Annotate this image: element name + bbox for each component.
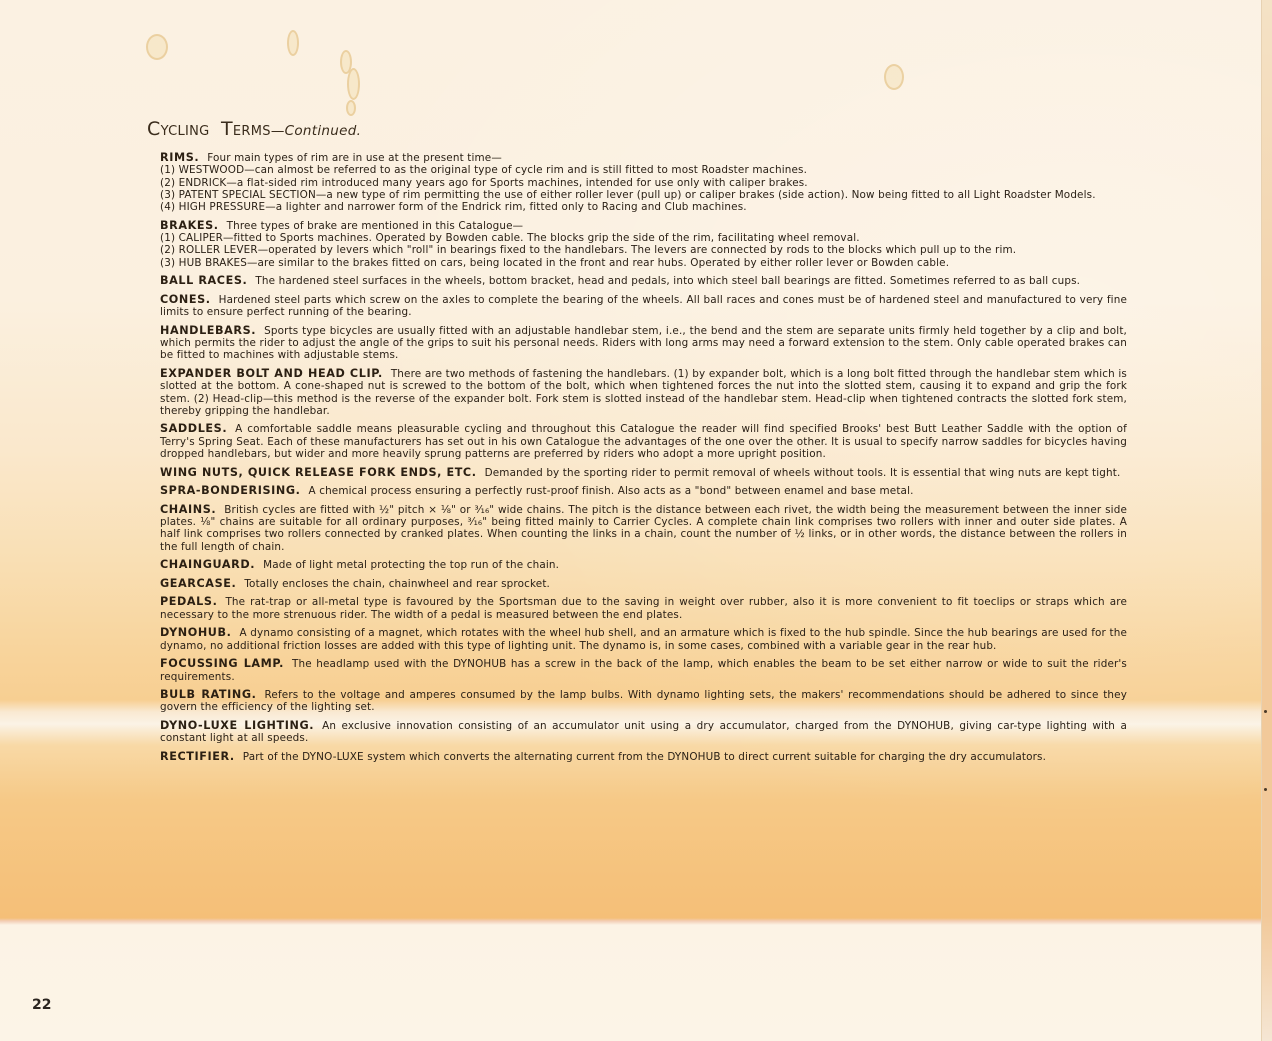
glossary-entry: FOCUSSING LAMP.The headlamp used with th… bbox=[160, 658, 1127, 683]
glossary-term: EXPANDER BOLT AND HEAD CLIP. bbox=[160, 367, 383, 380]
glossary-definition: A chemical process ensuring a perfectly … bbox=[309, 485, 914, 497]
glossary-entry: DYNOHUB.A dynamo consisting of a magnet,… bbox=[160, 627, 1127, 652]
page-number: 22 bbox=[32, 997, 51, 1013]
title-suffix: —Continued. bbox=[271, 123, 361, 139]
glossary-term: BRAKES. bbox=[160, 219, 219, 232]
glossary-term: WING NUTS, QUICK RELEASE FORK ENDS, ETC. bbox=[160, 466, 477, 479]
glossary-entry: HANDLEBARS.Sports type bicycles are usua… bbox=[160, 325, 1127, 362]
glossary-definition: The hardened steel surfaces in the wheel… bbox=[255, 275, 1080, 287]
glossary-entry: CHAINGUARD.Made of light metal protectin… bbox=[160, 559, 1127, 571]
stain-mark bbox=[347, 68, 360, 100]
glossary-subitem: (3) PATENT SPECIAL SECTION—a new type of… bbox=[160, 189, 1127, 201]
glossary-definition: Totally encloses the chain, chainwheel a… bbox=[244, 578, 550, 590]
edge-mark bbox=[1264, 788, 1267, 791]
glossary-definition: Three types of brake are mentioned in th… bbox=[227, 220, 524, 232]
glossary-term: SPRA-BONDERISING. bbox=[160, 484, 301, 497]
title-word-1: Cycling bbox=[147, 118, 210, 140]
glossary-term: DYNO-LUXE LIGHTING. bbox=[160, 719, 314, 732]
glossary-definition: Hardened steel parts which screw on the … bbox=[160, 294, 1127, 318]
glossary-definition: The rat-trap or all-metal type is favour… bbox=[160, 596, 1127, 620]
glossary-term: CHAINGUARD. bbox=[160, 558, 255, 571]
glossary-term: HANDLEBARS. bbox=[160, 324, 256, 337]
glossary-definition: Refers to the voltage and amperes consum… bbox=[160, 689, 1127, 713]
page-title: Cycling Terms—Continued. bbox=[147, 118, 361, 140]
glossary-definition: Demanded by the sporting rider to permit… bbox=[485, 467, 1121, 479]
glossary-term: RIMS. bbox=[160, 151, 199, 164]
glossary-term: RECTIFIER. bbox=[160, 750, 235, 763]
glossary-subitem: (1) CALIPER—fitted to Sports machines. O… bbox=[160, 232, 1127, 244]
glossary-entry: EXPANDER BOLT AND HEAD CLIP.There are tw… bbox=[160, 368, 1127, 417]
glossary-entry: WING NUTS, QUICK RELEASE FORK ENDS, ETC.… bbox=[160, 467, 1127, 479]
glossary-definition: A dynamo consisting of a magnet, which r… bbox=[160, 627, 1127, 651]
glossary-term: PEDALS. bbox=[160, 595, 217, 608]
glossary-entry: SADDLES.A comfortable saddle means pleas… bbox=[160, 423, 1127, 460]
glossary-entry: PEDALS.The rat-trap or all-metal type is… bbox=[160, 596, 1127, 621]
glossary-entry: DYNO-LUXE LIGHTING.An exclusive innovati… bbox=[160, 720, 1127, 745]
glossary-term: FOCUSSING LAMP. bbox=[160, 657, 284, 670]
glossary-term: GEARCASE. bbox=[160, 577, 236, 590]
glossary-definition: British cycles are fitted with ½" pitch … bbox=[160, 504, 1127, 553]
glossary-entry: BULB RATING.Refers to the voltage and am… bbox=[160, 689, 1127, 714]
stain-mark bbox=[287, 30, 299, 56]
title-word-2: Terms bbox=[221, 118, 271, 140]
glossary-entry: SPRA-BONDERISING.A chemical process ensu… bbox=[160, 485, 1127, 497]
glossary-subitem: (2) ENDRICK—a flat-sided rim introduced … bbox=[160, 177, 1127, 189]
glossary-entry: BRAKES.Three types of brake are mentione… bbox=[160, 220, 1127, 269]
glossary-subitem: (2) ROLLER LEVER—operated by levers whic… bbox=[160, 244, 1127, 256]
glossary-definition: A comfortable saddle means pleasurable c… bbox=[160, 423, 1127, 460]
glossary-definition: Part of the DYNO-LUXE system which conve… bbox=[243, 751, 1046, 763]
stain-mark bbox=[346, 100, 356, 116]
glossary-definition: The headlamp used with the DYNOHUB has a… bbox=[160, 658, 1127, 682]
glossary-term: CHAINS. bbox=[160, 503, 216, 516]
glossary-subitem: (4) HIGH PRESSURE—a lighter and narrower… bbox=[160, 201, 1127, 213]
stain-mark bbox=[146, 34, 168, 60]
glossary-body: RIMS.Four main types of rim are in use a… bbox=[160, 152, 1127, 770]
glossary-term: SADDLES. bbox=[160, 422, 227, 435]
glossary-definition: Sports type bicycles are usually fitted … bbox=[160, 325, 1127, 362]
glossary-term: BALL RACES. bbox=[160, 274, 247, 287]
stain-mark bbox=[884, 64, 904, 90]
glossary-entry: BALL RACES.The hardened steel surfaces i… bbox=[160, 275, 1127, 287]
glossary-term: DYNOHUB. bbox=[160, 626, 231, 639]
glossary-term: CONES. bbox=[160, 293, 211, 306]
glossary-subitem: (1) WESTWOOD—can almost be referred to a… bbox=[160, 164, 1127, 176]
edge-mark bbox=[1264, 710, 1267, 713]
glossary-entry: GEARCASE.Totally encloses the chain, cha… bbox=[160, 578, 1127, 590]
glossary-entry: RIMS.Four main types of rim are in use a… bbox=[160, 152, 1127, 213]
page-edge bbox=[1261, 0, 1272, 1041]
glossary-entry: CHAINS.British cycles are fitted with ½"… bbox=[160, 504, 1127, 553]
glossary-entry: RECTIFIER.Part of the DYNO-LUXE system w… bbox=[160, 751, 1127, 763]
glossary-entry: CONES.Hardened steel parts which screw o… bbox=[160, 294, 1127, 319]
glossary-definition: Made of light metal protecting the top r… bbox=[263, 559, 559, 571]
glossary-subitem: (3) HUB BRAKES—are similar to the brakes… bbox=[160, 257, 1127, 269]
glossary-definition: Four main types of rim are in use at the… bbox=[207, 152, 502, 164]
glossary-term: BULB RATING. bbox=[160, 688, 257, 701]
